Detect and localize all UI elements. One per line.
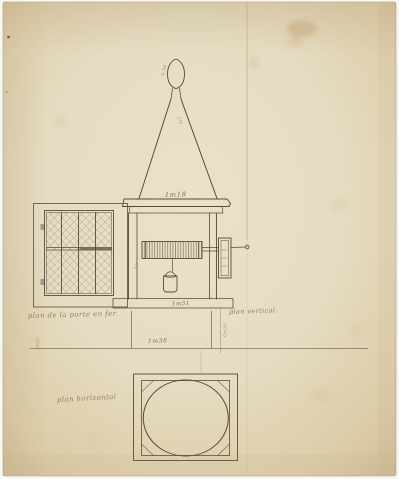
- gate-hinge: [41, 224, 45, 230]
- shaft-width-dim: 1m38: [148, 337, 168, 345]
- gate-hinge: [41, 279, 45, 285]
- base-width-dim: 1m31: [172, 301, 190, 308]
- ink-fleck: [7, 36, 10, 39]
- ink-fleck: [6, 91, 8, 93]
- scanned-drawing-page: 0,30 2m 1m18 3m 1m31 1m38 0m30 plan de l…: [0, 0, 399, 479]
- caption-vertical-plan: plan vertical.: [229, 306, 278, 316]
- shaft-depth-dim: 0m30: [222, 323, 229, 337]
- gate-lattice: [47, 213, 112, 294]
- iron-gate-drawing: [34, 204, 128, 308]
- well-drawing-canvas: 0,30 2m 1m18 3m 1m31 1m38 0m30 plan de l…: [0, 0, 399, 479]
- cornice-width-dim: 1m18: [165, 190, 187, 199]
